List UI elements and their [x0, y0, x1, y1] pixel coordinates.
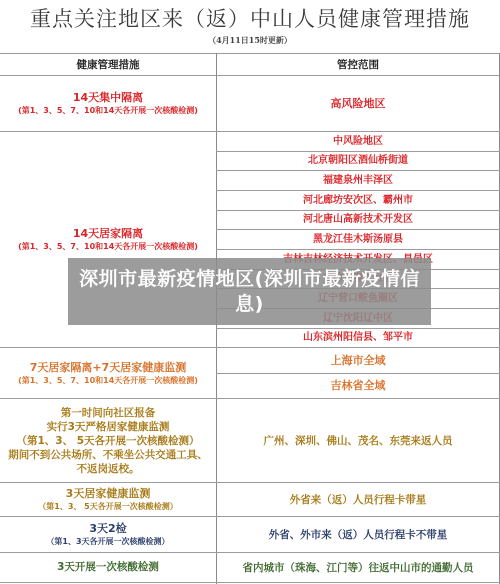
scope-cell: 黑龙江佳木斯汤原县 — [217, 230, 499, 249]
table-bottom-border — [0, 582, 500, 583]
scope-cell: 吉林省全域 — [217, 374, 499, 398]
scope-cell: 广州、深圳、佛山、茂名、东莞来返人员 — [217, 399, 499, 482]
scope-cell: 河北廊坊安次区、霸州市 — [217, 191, 499, 210]
measure-title: 3天2检 — [89, 521, 126, 536]
measure-note: (第1、3、5、7、10和14天各开展一次核酸检测) — [18, 375, 198, 387]
scope-cell: 省内城市（珠海、江门等）往返中山市的通勤人员 — [217, 553, 499, 582]
scope-cell: 福建泉州丰泽区 — [217, 171, 499, 190]
measure-title: 14天居家隔离 — [73, 226, 143, 241]
measure-note: (第1、3、5、7、10和14天各开展一次核酸检测) — [18, 105, 198, 117]
measure-cell-7plus7: 7天居家隔离+7天居家健康监测 (第1、3、5、7、10和14天各开展一次核酸检… — [0, 348, 216, 398]
scope-cell: 北京朝阳区酒仙桥街道 — [217, 152, 499, 170]
measure-title: 3天开展一次核酸检测 — [57, 560, 159, 575]
measure-title: 7天居家隔离+7天居家健康监测 — [30, 360, 187, 375]
scope-cell: 高风险地区 — [217, 76, 499, 131]
measure-line: 不返岗返校。 — [77, 462, 140, 476]
measure-line: 期间不到公共场所、不乘坐公共交通工具、 — [8, 448, 208, 462]
measure-note: (第1、3、5、7、10和14天各开展一次核酸检测) — [18, 241, 198, 253]
measure-title: 3天居家健康监测 — [66, 486, 151, 501]
measure-cell-3day-home-monitoring: 3天居家健康监测 （第1、3、 5天各开展一次核酸检测） — [0, 483, 216, 516]
measure-note: （第1、3天各开展一次核酸检测） — [46, 536, 169, 548]
measure-line: 第一时间向社区报备 — [61, 406, 156, 420]
measure-cell-3day-test: 3天开展一次核酸检测 — [0, 553, 216, 582]
measure-title: 14天集中隔离 — [73, 90, 143, 105]
scope-cell: 外省、外市来（返）人员行程卡不带星 — [217, 517, 499, 552]
scope-cell: 山东滨州阳信县、邹平市 — [217, 329, 499, 347]
header-measures: 健康管理措施 — [0, 54, 216, 75]
caption-overlay: 深圳市最新疫情地区(深圳市最新疫情信息) — [68, 258, 431, 325]
measure-cell-3day-2test: 3天2检 （第1、3天各开展一次核酸检测） — [0, 517, 216, 552]
caption-text: 深圳市最新疫情地区(深圳市最新疫情信息) — [74, 267, 425, 317]
scope-cell: 外省来（返）人员行程卡带星 — [217, 483, 499, 516]
measure-cell-centralized-quarantine: 14天集中隔离 (第1、3、5、7、10和14天各开展一次核酸检测) — [0, 76, 216, 131]
header-scope: 管控范围 — [217, 54, 499, 75]
scope-cell: 河北唐山高新技术开发区 — [217, 211, 499, 229]
measure-line: 实行3天严格居家健康监测 — [47, 420, 170, 434]
measure-cell-3day-strict-monitoring: 第一时间向社区报备 实行3天严格居家健康监测 （第1、3、 5天各开展一次核酸检… — [0, 399, 216, 482]
scope-cell: 中风险地区 — [217, 132, 499, 151]
measure-note: （第1、3、 5天各开展一次核酸检测） — [38, 501, 177, 513]
measure-line: （第1、3、 5天各开展一次核酸检测） — [16, 434, 199, 448]
scope-cell: 上海市全域 — [217, 348, 499, 373]
